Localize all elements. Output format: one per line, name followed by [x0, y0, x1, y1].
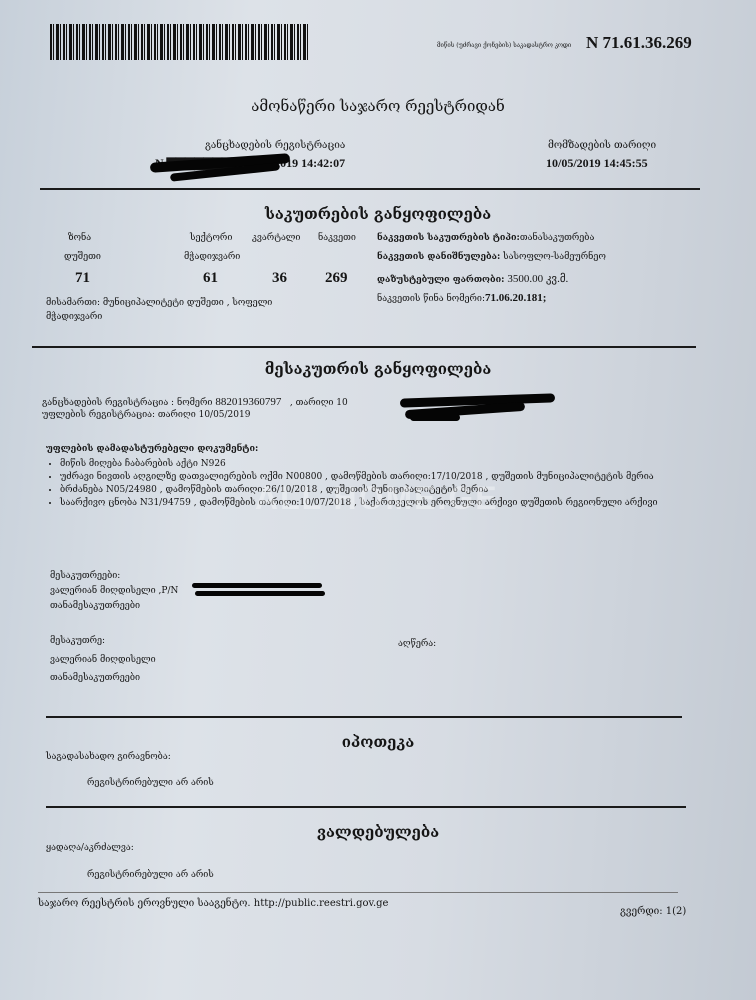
previous-number-label: ნაკვეთის წინა ნომერი: — [377, 294, 485, 304]
mortgage-status: რეგისტრირებული არ არის — [87, 778, 214, 788]
owners-value: ვალერიან მიღდისელი ,P/N — [50, 586, 178, 596]
cadastral-code-label: მიწის (უძრავი ქონების) საკადასტრო კოდი — [437, 42, 571, 49]
previous-number-value: 71.06.20.181; — [485, 292, 546, 304]
mortgage-section-title: იპოთეკა — [0, 733, 756, 751]
obligation-label: ყადაღა/აკრძალვა: — [46, 843, 134, 853]
mortgage-label: საგადასახადო გირავნობა: — [46, 752, 171, 762]
page-number: გვერდი: 1(2) — [620, 906, 686, 917]
documents-label: უფლების დამადასტურებელი დოკუმენტი: — [46, 444, 258, 454]
divider — [46, 716, 682, 718]
document-title: ამონაწერი საჯარო რეესტრიდან — [0, 97, 756, 115]
owner-name: ვალერიან მიღდისელი — [50, 655, 156, 665]
footer-agency: საჯარო რეესტრის ეროვნული სააგენტო. http:… — [38, 898, 388, 909]
cadastral-code: N 71.61.36.269 — [586, 33, 692, 53]
quarter-value: 36 — [272, 270, 287, 287]
redaction-mark — [192, 583, 322, 588]
redaction-mark — [195, 591, 325, 596]
sector-name: მჭადიჯვარი — [184, 252, 240, 262]
property-address: მისამართი: მუნიციპალიტეტი დუშეთი , სოფელ… — [46, 296, 326, 324]
purpose-label: ნაკვეთის დანიშნულება: — [377, 252, 500, 262]
sector-value: 61 — [203, 270, 218, 287]
area-value: 3500.00 კვ.მ. — [507, 273, 568, 285]
sector-label: სექტორი — [190, 233, 232, 243]
purpose-value: სასოფლო-სამეურნეო — [503, 252, 606, 262]
owner-label: მესაკუთრე: — [50, 636, 105, 646]
divider — [32, 346, 696, 348]
application-number: 882019360797 — [215, 396, 281, 408]
barcode — [50, 24, 308, 60]
watermark: ALL HOME.GE — [255, 480, 499, 517]
co-owners-label: თანამესაკუთრეები — [50, 673, 140, 683]
application-date-label: , თარიღი 10 — [290, 398, 348, 408]
area-label: დაზუსტებული ფართობი: — [377, 275, 504, 285]
document-item: მიწის მიღება ჩაბარების აქტი N926 — [60, 458, 660, 470]
parcel-value: 269 — [325, 270, 348, 287]
redaction-mark — [410, 414, 460, 421]
obligation-status: რეგისტრირებული არ არის — [87, 870, 214, 880]
zone-label: ზონა — [68, 233, 91, 243]
quarter-label: კვარტალი — [252, 233, 300, 243]
document-page: მიწის (უძრავი ქონების) საკადასტრო კოდი N… — [0, 0, 756, 1000]
zone-value: 71 — [75, 270, 90, 287]
owners-label: მესაკუთრეები: — [50, 571, 120, 581]
parcel-label: ნაკვეთი — [318, 233, 356, 243]
co-owners-label: თანამესაკუთრეები — [50, 601, 140, 611]
property-section-title: საკუთრების განყოფილება — [0, 205, 756, 223]
divider — [40, 188, 700, 190]
obligation-section-title: ვალდებულება — [0, 823, 756, 841]
preparation-date-label: მომზადების თარიღი — [548, 140, 656, 151]
ownership-type-value: თანასაკუთრება — [520, 233, 595, 243]
divider — [46, 806, 686, 808]
ownership-type-label: ნაკვეთის საკუთრების ტიპი: — [377, 233, 520, 243]
divider — [38, 892, 678, 893]
preparation-date: 10/05/2019 14:45:55 — [546, 156, 648, 171]
owner-section-title: მესაკუთრის განყოფილება — [0, 360, 756, 378]
application-line-label: განცხადების რეგისტრაცია : ნომერი — [42, 398, 212, 408]
rights-registration: უფლების რეგისტრაცია: თარიღი 10/05/2019 — [42, 410, 250, 420]
application-registration-label: განცხადების რეგისტრაცია — [205, 140, 345, 151]
zone-name: დუშეთი — [64, 252, 101, 262]
description-label: აღწერა: — [398, 639, 436, 649]
